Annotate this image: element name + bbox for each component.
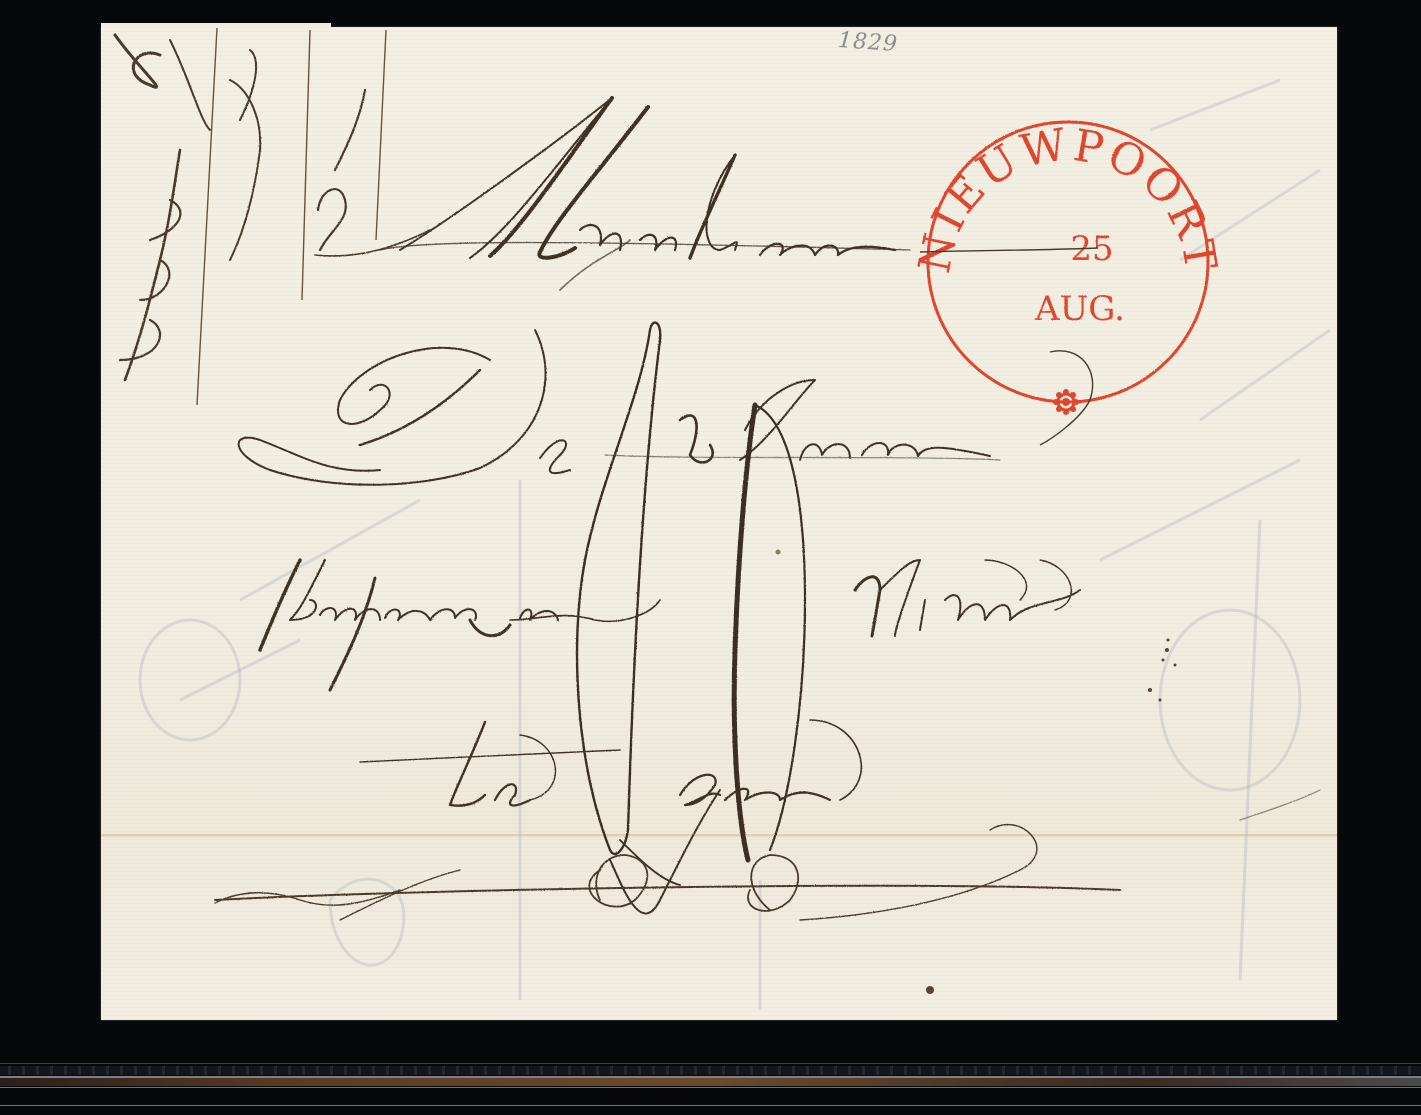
ink-spots: [776, 550, 1177, 995]
postmark-town: NIEUWPOORT: [909, 119, 1226, 277]
flourish-loop: [1040, 351, 1093, 445]
address-line-name: [239, 330, 1000, 485]
handwriting-layer: NIEUWPOORT 25 AUG.: [0, 0, 1421, 1115]
bleed-through-marks: [140, 80, 1330, 1010]
postmark-month: AUG.: [1034, 289, 1125, 329]
rosette-icon: [1053, 389, 1079, 415]
postmark: NIEUWPOORT 25 AUG.: [909, 119, 1226, 415]
docket-rules: [197, 28, 386, 405]
address-line-occupation: [260, 560, 1080, 690]
pencil-year-annotation: 1829: [837, 28, 899, 57]
address-line-destination: [360, 720, 861, 913]
flourish-underline: [215, 790, 1320, 920]
rate-mark-10: [577, 323, 805, 885]
address-line-salutation: [380, 98, 910, 290]
